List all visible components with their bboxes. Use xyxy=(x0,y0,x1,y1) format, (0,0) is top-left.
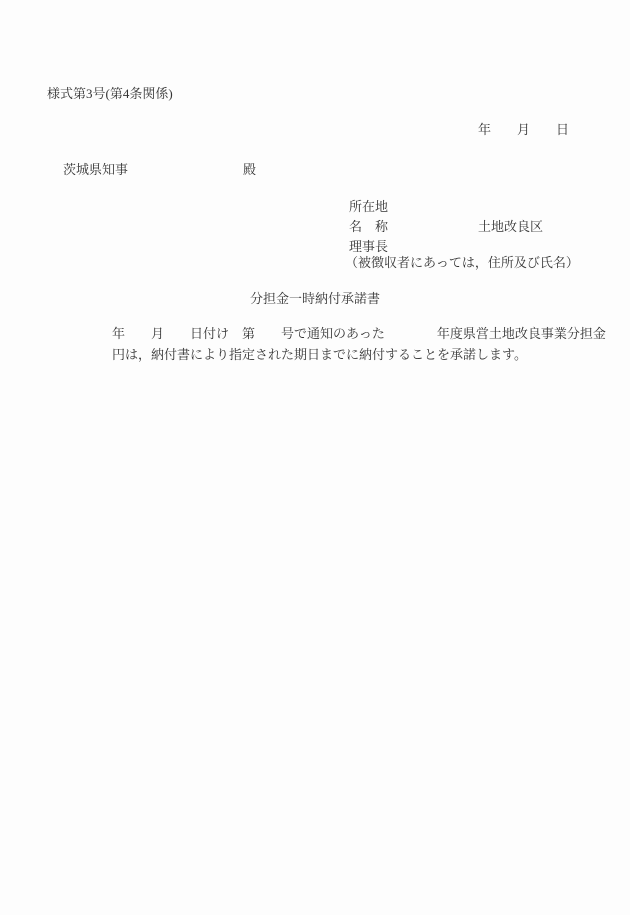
body-line-2: 円は，納付書により指定された期日までに納付することを承諾します。 xyxy=(112,348,527,361)
sender-note: （被徴収者にあっては，住所及び氏名） xyxy=(345,256,579,269)
document-page: 様式第3号(第4条関係) 年 月 日 茨城県知事 殿 所在地 名 称 土地改良区… xyxy=(0,0,630,915)
addressee-honorific: 殿 xyxy=(243,163,256,176)
body-line-1: 年 月 日付け 第 号で通知のあった 年度県営土地改良事業分担金 xyxy=(112,327,606,340)
document-title: 分担金一時納付承諾書 xyxy=(0,292,630,305)
date-line: 年 月 日 xyxy=(478,123,569,136)
sender-address-label: 所在地 xyxy=(349,200,388,213)
sender-name-suffix: 土地改良区 xyxy=(478,220,543,233)
form-number-label: 様式第3号(第4条関係) xyxy=(47,87,173,100)
sender-title-label: 理事長 xyxy=(349,240,388,253)
sender-name-label: 名 称 xyxy=(349,220,388,233)
addressee-name: 茨城県知事 xyxy=(63,163,128,176)
